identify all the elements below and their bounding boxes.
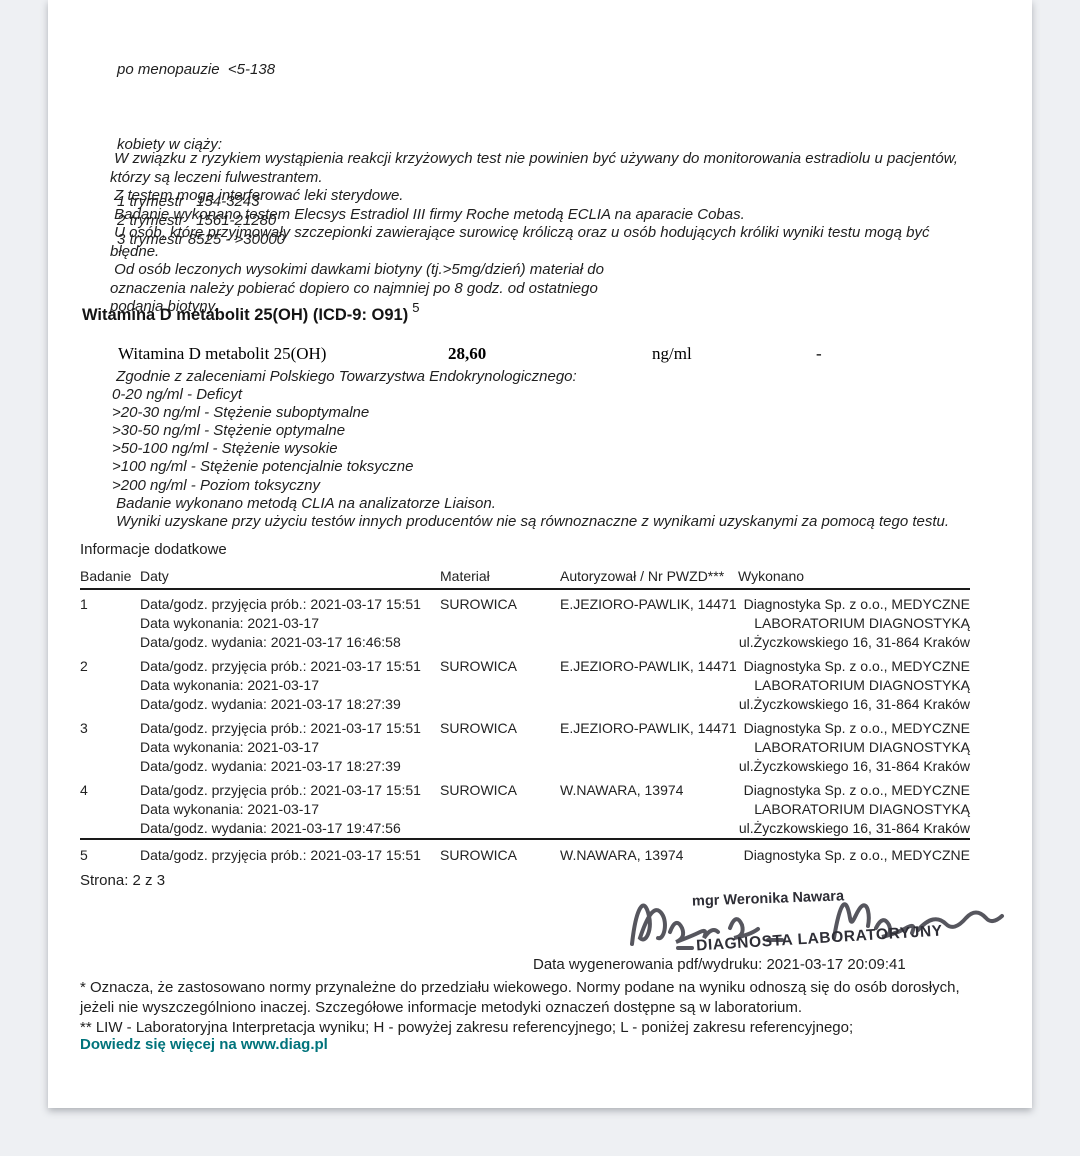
table-row: 5Data/godz. przyjęcia prób.: 2021-03-17 … — [80, 838, 970, 865]
date-line: Data/godz. przyjęcia prób.: 2021-03-17 1… — [140, 595, 440, 614]
table-header-daty: Daty — [140, 567, 440, 585]
viewer-background: { "colors": { "background": "#eef0f3", "… — [0, 0, 1080, 1156]
date-line: Data/godz. przyjęcia prób.: 2021-03-17 1… — [140, 781, 440, 800]
date-line: Data/godz. przyjęcia prób.: 2021-03-17 1… — [140, 719, 440, 738]
vitamin-d-result-row: Witamina D metabolit 25(OH) 28,60 ng/ml … — [118, 344, 998, 366]
table-header-wykonano: Wykonano — [738, 567, 970, 585]
date-line: Data wykonania: 2021-03-17 — [140, 676, 440, 695]
performed-line: ul.Życzkowskiego 16, 31-864 Kraków — [738, 695, 970, 714]
pdf-generated-timestamp: Data wygenerowania pdf/wydruku: 2021-03-… — [533, 956, 906, 973]
note-line: 0-20 ng/ml - Deficyt — [112, 386, 984, 404]
row-dates: Data/godz. przyjęcia prób.: 2021-03-17 1… — [140, 781, 440, 838]
row-id: 4 — [80, 781, 140, 838]
date-line: Data/godz. przyjęcia prób.: 2021-03-17 1… — [140, 657, 440, 676]
note-line: >200 ng/ml - Poziom toksyczny — [112, 477, 984, 495]
row-id: 3 — [80, 719, 140, 776]
note-line: Zgodnie z zaleceniami Polskiego Towarzys… — [112, 368, 984, 386]
result-unit: ng/ml — [652, 344, 692, 364]
row-material: SUROWICA — [440, 719, 560, 776]
table-header-row: Badanie Daty Materiał Autoryzował / Nr P… — [80, 567, 970, 590]
section-heading-superscript: 5 — [412, 300, 419, 315]
note-line: Z testem mogą interferować leki sterydow… — [110, 187, 982, 206]
info-table-body: 1Data/godz. przyjęcia prób.: 2021-03-17 … — [80, 590, 970, 865]
row-material: SUROWICA — [440, 846, 560, 865]
date-line: Data/godz. wydania: 2021-03-17 18:27:39 — [140, 695, 440, 714]
diag-link[interactable]: Dowiedz się więcej na www.diag.pl — [80, 1036, 328, 1053]
vitamin-d-section-heading: Witamina D metabolit 25(OH) (ICD-9: O91)… — [82, 306, 419, 325]
row-authorized: E.JEZIORO-PAWLIK, 14471 — [560, 719, 738, 776]
performed-line: ul.Życzkowskiego 16, 31-864 Kraków — [738, 633, 970, 652]
performed-line: ul.Życzkowskiego 16, 31-864 Kraków — [738, 757, 970, 776]
row-authorized: E.JEZIORO-PAWLIK, 14471 — [560, 657, 738, 714]
performed-line: LABORATORIUM DIAGNOSTYKĄ — [738, 676, 970, 695]
performed-line: LABORATORIUM DIAGNOSTYKĄ — [738, 614, 970, 633]
performed-line: Diagnostyka Sp. z o.o., MEDYCZNE — [738, 595, 970, 614]
note-line: W związku z ryzykiem wystąpienia reakcji… — [110, 150, 982, 187]
page-number: Strona: 2 z 3 — [80, 872, 165, 889]
date-line: Data/godz. wydania: 2021-03-17 19:47:56 — [140, 819, 440, 838]
row-authorized: E.JEZIORO-PAWLIK, 14471 — [560, 595, 738, 652]
note-line: >30-50 ng/ml - Stężenie optymalne — [112, 422, 984, 440]
date-line: Data/godz. wydania: 2021-03-17 16:46:58 — [140, 633, 440, 652]
row-performed: Diagnostyka Sp. z o.o., MEDYCZNELABORATO… — [738, 781, 970, 838]
footnote-liw: ** LIW - Laboratoryjna Interpretacja wyn… — [80, 1018, 995, 1038]
performed-line: LABORATORIUM DIAGNOSTYKĄ — [738, 800, 970, 819]
table-header-material: Materiał — [440, 567, 560, 585]
performed-line: Diagnostyka Sp. z o.o., MEDYCZNE — [738, 781, 970, 800]
table-header-badanie: Badanie — [80, 567, 140, 585]
performed-line: Diagnostyka Sp. z o.o., MEDYCZNE — [738, 846, 970, 865]
document-page: po menopauzie <5-138 kobiety w ciąży: 1 … — [48, 0, 1032, 1108]
performed-line: ul.Życzkowskiego 16, 31-864 Kraków — [738, 819, 970, 838]
table-row: 4Data/godz. przyjęcia prób.: 2021-03-17 … — [80, 776, 970, 838]
row-performed: Diagnostyka Sp. z o.o., MEDYCZNELABORATO… — [738, 719, 970, 776]
date-line: Data wykonania: 2021-03-17 — [140, 800, 440, 819]
row-dates: Data/godz. przyjęcia prób.: 2021-03-17 1… — [140, 657, 440, 714]
additional-info-title: Informacje dodatkowe — [80, 541, 227, 558]
signature-block: mgr Weronika Nawara DIAGNOSTA LABORATORY… — [618, 882, 1018, 962]
row-authorized: W.NAWARA, 13974 — [560, 781, 738, 838]
result-flag: - — [816, 344, 822, 364]
note-line: U osób, które przyjmowały szczepionki za… — [110, 224, 982, 261]
result-value: 28,60 — [448, 344, 486, 364]
table-row: 2Data/godz. przyjęcia prób.: 2021-03-17 … — [80, 652, 970, 714]
row-authorized: W.NAWARA, 13974 — [560, 846, 738, 865]
estradiol-notes: W związku z ryzykiem wystąpienia reakcji… — [110, 150, 982, 317]
table-header-autoryzowal: Autoryzował / Nr PWZD*** — [560, 567, 738, 585]
note-line: >50-100 ng/ml - Stężenie wysokie — [112, 440, 984, 458]
row-material: SUROWICA — [440, 781, 560, 838]
note-line: >20-30 ng/ml - Stężenie suboptymalne — [112, 404, 984, 422]
date-line: Data/godz. przyjęcia prób.: 2021-03-17 1… — [140, 846, 440, 865]
date-line: Data wykonania: 2021-03-17 — [140, 738, 440, 757]
footnote-age-norms: * Oznacza, że zastosowano normy przynale… — [80, 978, 995, 1018]
additional-info-table: Badanie Daty Materiał Autoryzował / Nr P… — [80, 567, 970, 865]
note-line: >100 ng/ml - Stężenie potencjalnie toksy… — [112, 458, 984, 476]
note-line: Badanie wykonano metodą CLIA na analizat… — [112, 495, 984, 513]
date-line: Data/godz. wydania: 2021-03-17 18:27:39 — [140, 757, 440, 776]
footnotes: * Oznacza, że zastosowano normy przynale… — [80, 978, 995, 1038]
performed-line: LABORATORIUM DIAGNOSTYKĄ — [738, 738, 970, 757]
row-material: SUROWICA — [440, 595, 560, 652]
row-dates: Data/godz. przyjęcia prób.: 2021-03-17 1… — [140, 719, 440, 776]
menopause-range-line: po menopauzie <5-138 — [117, 60, 285, 79]
row-id: 1 — [80, 595, 140, 652]
performed-line: Diagnostyka Sp. z o.o., MEDYCZNE — [738, 719, 970, 738]
date-line: Data wykonania: 2021-03-17 — [140, 614, 440, 633]
table-row: 1Data/godz. przyjęcia prób.: 2021-03-17 … — [80, 590, 970, 652]
section-heading-text: Witamina D metabolit 25(OH) (ICD-9: O91) — [82, 306, 408, 324]
note-line: Wyniki uzyskane przy użyciu testów innyc… — [112, 513, 984, 531]
row-dates: Data/godz. przyjęcia prób.: 2021-03-17 1… — [140, 595, 440, 652]
row-performed: Diagnostyka Sp. z o.o., MEDYCZNE — [738, 846, 970, 865]
result-test-name: Witamina D metabolit 25(OH) — [118, 344, 326, 364]
table-row: 3Data/godz. przyjęcia prób.: 2021-03-17 … — [80, 714, 970, 776]
row-performed: Diagnostyka Sp. z o.o., MEDYCZNELABORATO… — [738, 595, 970, 652]
vitamin-d-notes: Zgodnie z zaleceniami Polskiego Towarzys… — [112, 368, 984, 531]
row-id: 5 — [80, 846, 140, 865]
row-dates: Data/godz. przyjęcia prób.: 2021-03-17 1… — [140, 846, 440, 865]
performed-line: Diagnostyka Sp. z o.o., MEDYCZNE — [738, 657, 970, 676]
row-material: SUROWICA — [440, 657, 560, 714]
row-performed: Diagnostyka Sp. z o.o., MEDYCZNELABORATO… — [738, 657, 970, 714]
row-id: 2 — [80, 657, 140, 714]
note-line: Badanie wykonano testem Elecsys Estradio… — [110, 206, 982, 225]
